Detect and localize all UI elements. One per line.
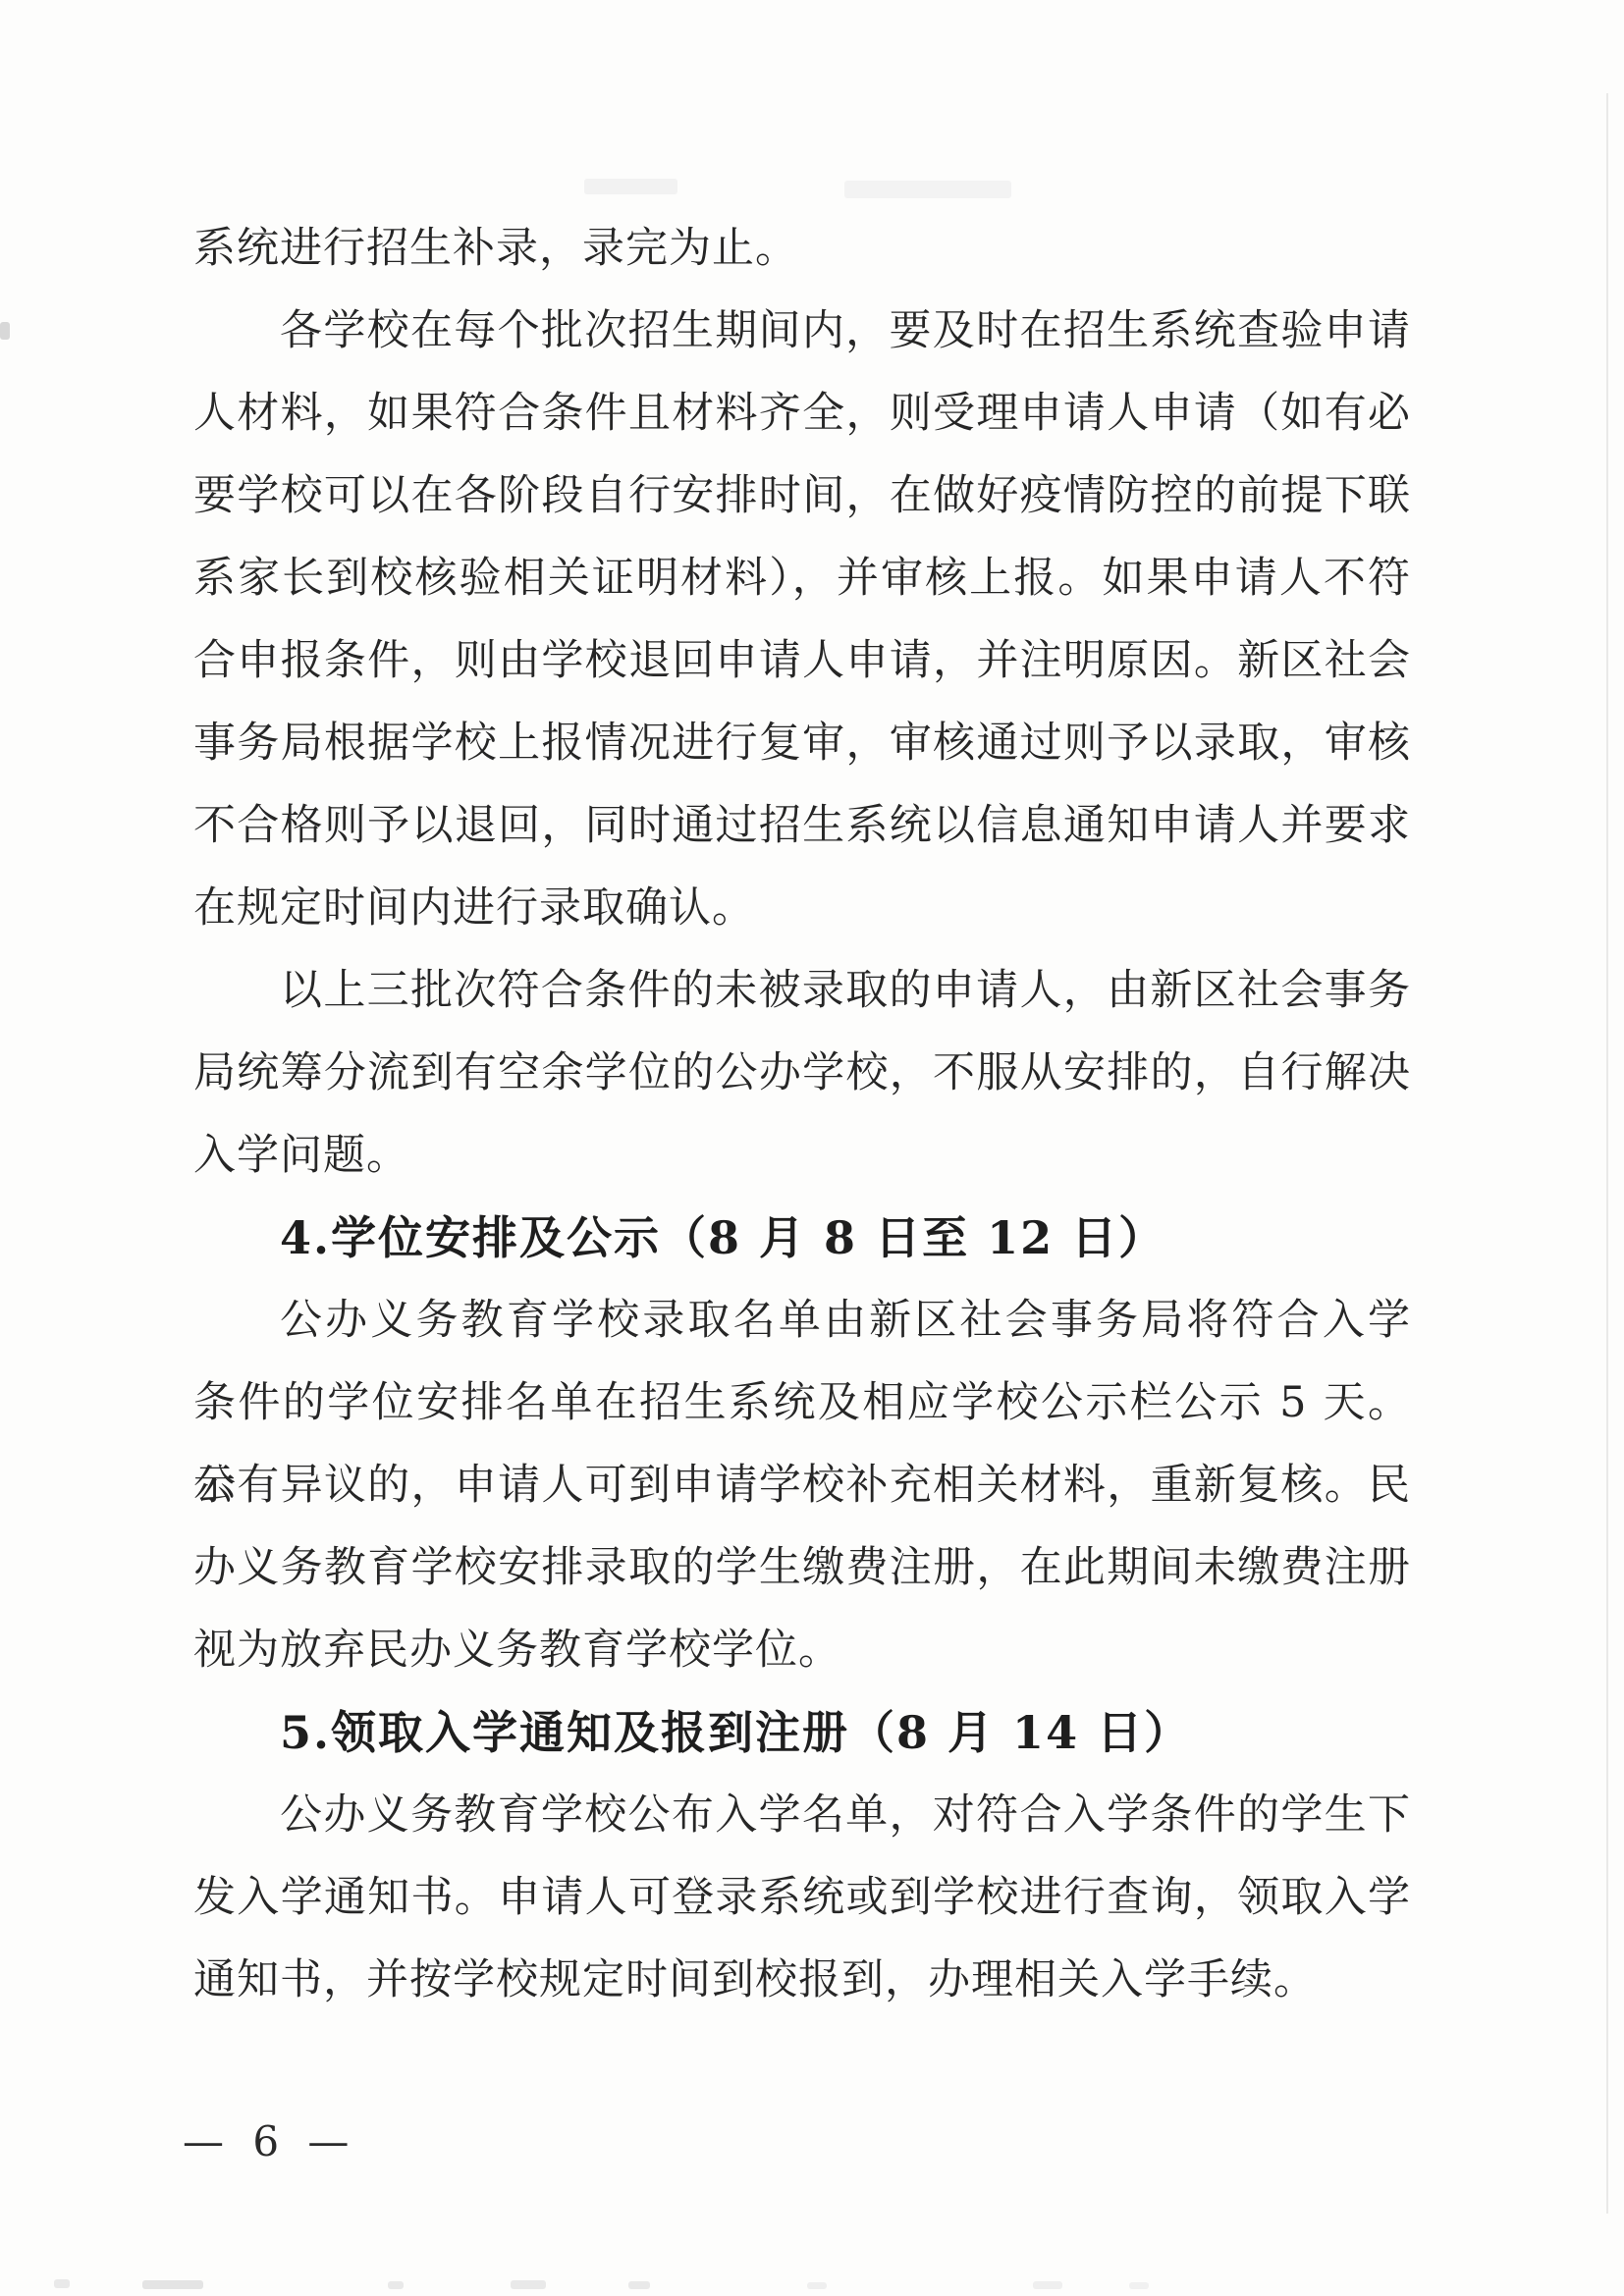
text-line: 示有异议的，申请人可到申请学校补充相关材料，重新复核。民	[193, 1444, 1411, 1526]
scan-artifact	[388, 2281, 404, 2289]
text-line: 条件的学位安排名单在招生系统及相应学校公示栏公示 5 天。公	[193, 1362, 1411, 1444]
scan-artifact	[54, 2279, 70, 2288]
text-line: 各学校在每个批次招生期间内，要及时在招生系统查验申请	[193, 290, 1411, 372]
text-line: 入学问题。	[193, 1114, 1411, 1197]
text-line: 在规定时间内进行录取确认。	[193, 867, 1411, 949]
document-body: 系统进行招生补录，录完为止。各学校在每个批次招生期间内，要及时在招生系统查验申请…	[193, 207, 1411, 2021]
text-line: 以上三批次符合条件的未被录取的申请人，由新区社会事务	[193, 949, 1411, 1032]
document-page: 系统进行招生补录，录完为止。各学校在每个批次招生期间内，要及时在招生系统查验申请…	[0, 0, 1624, 2296]
text-line: 通知书，并按学校规定时间到校报到，办理相关入学手续。	[193, 1939, 1411, 2021]
text-line: 系家长到校核验相关证明材料），并审核上报。如果申请人不符	[193, 537, 1411, 619]
scan-artifact	[844, 181, 1011, 198]
scan-artifact	[1033, 2281, 1062, 2289]
section-heading: 4.学位安排及公示（8 月 8 日至 12 日）	[193, 1197, 1411, 1279]
scan-artifact	[807, 2282, 827, 2289]
text-line: 公办义务教育学校录取名单由新区社会事务局将符合入学	[193, 1279, 1411, 1362]
text-line: 不合格则予以退回，同时通过招生系统以信息通知申请人并要求	[193, 784, 1411, 867]
text-line: 局统筹分流到有空余学位的公办学校，不服从安排的，自行解决	[193, 1032, 1411, 1114]
scan-artifact	[584, 179, 677, 194]
text-line: 人材料，如果符合条件且材料齐全，则受理申请人申请（如有必	[193, 372, 1411, 454]
text-line: 视为放弃民办义务教育学校学位。	[193, 1609, 1411, 1691]
section-heading: 5.领取入学通知及报到注册（8 月 14 日）	[193, 1691, 1411, 1774]
text-line: 合申报条件，则由学校退回申请人申请，并注明原因。新区社会	[193, 619, 1411, 702]
text-line: 公办义务教育学校公布入学名单，对符合入学条件的学生下	[193, 1774, 1411, 1856]
scan-artifact	[1129, 2282, 1149, 2289]
scan-artifact	[0, 322, 10, 340]
scan-artifact	[142, 2280, 203, 2289]
text-line: 系统进行招生补录，录完为止。	[193, 207, 1411, 290]
scan-artifact	[511, 2280, 546, 2289]
text-line: 要学校可以在各阶段自行安排时间，在做好疫情防控的前提下联	[193, 454, 1411, 537]
text-line: 事务局根据学校上报情况进行复审，审核通过则予以录取，审核	[193, 702, 1411, 784]
text-line: 办义务教育学校安排录取的学生缴费注册，在此期间未缴费注册	[193, 1526, 1411, 1609]
scan-streak	[1606, 93, 1608, 2214]
scan-artifact	[628, 2281, 650, 2289]
text-line: 发入学通知书。申请人可登录系统或到学校进行查询，领取入学	[193, 1856, 1411, 1939]
page-number: — 6 —	[183, 2107, 356, 2177]
